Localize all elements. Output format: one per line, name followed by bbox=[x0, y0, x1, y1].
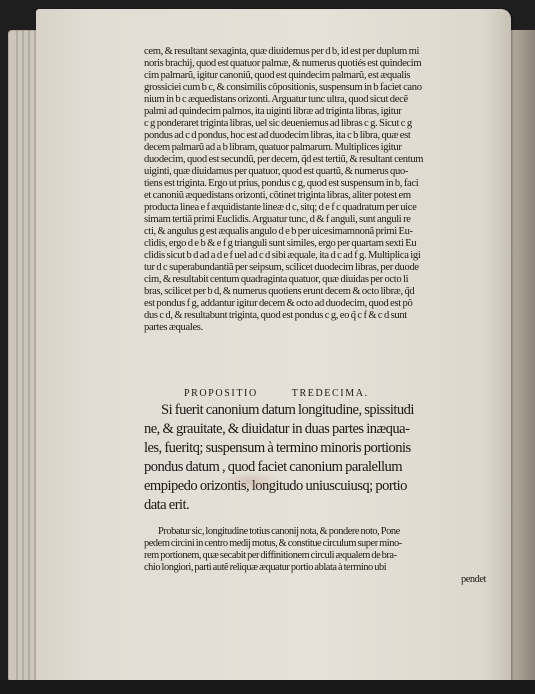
text-line: grossiciei cum b c, & consimilis cõposit… bbox=[144, 82, 422, 94]
page-edge-layer bbox=[22, 30, 24, 682]
page-edge-layer bbox=[16, 30, 18, 682]
text-line: cim, & resultabit centum quadraginta qua… bbox=[144, 274, 408, 286]
proposition-heading: PropositioTredecima. bbox=[184, 388, 369, 399]
text-line: duodecim, quod est secundũ, per decem, q… bbox=[144, 154, 423, 166]
text-line: clidis, ergo d e b & e f g trianguli sun… bbox=[144, 238, 416, 250]
proof-line: chio longiori, parti autẽ reliquæ æquatu… bbox=[144, 562, 386, 574]
text-line: bras, scilicet per b d, & numerus quotie… bbox=[144, 286, 414, 298]
text-line: pondus ad c d pondus, hoc est ad duodeci… bbox=[144, 130, 411, 142]
text-line: cti, & angulus g est æqualis angulo d e … bbox=[144, 226, 413, 238]
heading-word: Propositio bbox=[184, 388, 258, 399]
text-line: uiginti, quæ diuidamus per quatuor, quod… bbox=[144, 166, 408, 178]
proof-line: Probatur sic, longitudine totius canonij… bbox=[158, 526, 400, 538]
text-line: partes æquales. bbox=[144, 322, 203, 334]
text-line: simam tertiã primi Euclidis. Arguatur tu… bbox=[144, 214, 411, 226]
text-line: producta linea e f æquidistante lineæ d … bbox=[144, 202, 416, 214]
proof-line: pedem circini in centro medij motus, & c… bbox=[144, 538, 402, 550]
book-page: cem, & resultant sexaginta, quæ diuidemu… bbox=[36, 9, 511, 689]
text-line: et canoniũ æquedistans orizonti, cõtinet… bbox=[144, 190, 411, 202]
proposition-line: Si fuerit canonium datum longitudine, sp… bbox=[161, 401, 414, 420]
text-line: tiens est triginta. Ergo ut prius, pondu… bbox=[144, 178, 418, 190]
text-line: tur d c superabundantiã per seipsum, sci… bbox=[144, 262, 419, 274]
page-edge-layer bbox=[28, 30, 30, 682]
proposition-line: les, fueritq; suspensum à termino minori… bbox=[144, 439, 411, 458]
text-line: est pondus f g, addantur igitur decem & … bbox=[144, 298, 412, 310]
proposition-line: empipedo orizontis, longitudo uniuscuius… bbox=[144, 477, 407, 496]
text-line: cem, & resultant sexaginta, quæ diuidemu… bbox=[144, 46, 419, 58]
proposition-line: ne, & grauitate, & diuidatur in duas par… bbox=[144, 420, 409, 439]
table-surface bbox=[0, 680, 535, 694]
text-line: noris brachij, quod est quatuor palmæ, &… bbox=[144, 58, 421, 70]
heading-word: Tredecima. bbox=[292, 388, 369, 399]
proposition-line: pondus datum , quod faciet canonium para… bbox=[144, 458, 402, 477]
text-line: cim palmarũ, igitur canoniũ, quod est qu… bbox=[144, 70, 410, 82]
catchword: pendet bbox=[461, 574, 486, 586]
text-line: nium in b c æquedistans orizonti. Arguat… bbox=[144, 94, 408, 106]
text-line: palmi ad quindecim palmos, ita uiginti l… bbox=[144, 106, 402, 118]
text-line: decem palmarũ ad a b libram, quatuor pal… bbox=[144, 142, 402, 154]
book-gutter bbox=[507, 30, 535, 680]
text-line: dus c d, & resultabunt triginta, quod es… bbox=[144, 310, 407, 322]
proposition-line: data erit. bbox=[144, 496, 189, 515]
text-line: clidis sicut b d ad a d e f uel ad c d s… bbox=[144, 250, 420, 262]
text-line: c g ponderaret triginta libras, uel sic … bbox=[144, 118, 412, 130]
proof-line: rem portionem, quæ secabit per diffiniti… bbox=[144, 550, 397, 562]
